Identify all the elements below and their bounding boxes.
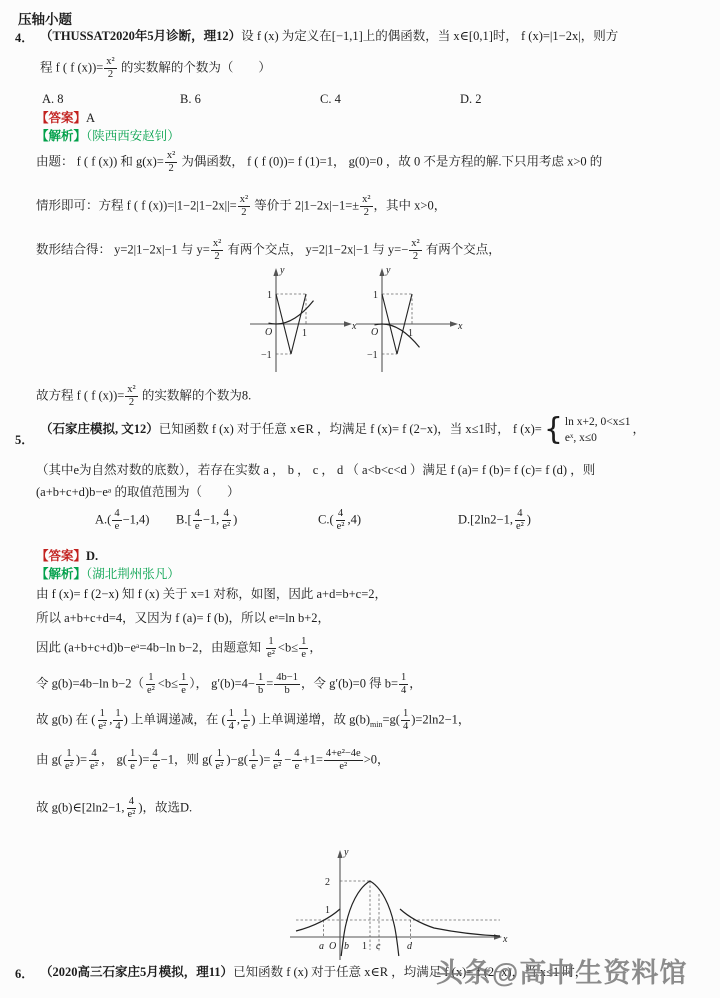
analysis-label: 【解析】 [36, 129, 86, 143]
problem4-solution-line4: 故方程 f ( f (x))=x²2 的实数解的个数为8. [36, 384, 251, 409]
problem5-solution-line6: 由 g(1e²)=4e²， g(1e)=4e−1，则 g(1e²)−g(1e)=… [36, 748, 390, 773]
graph1-origin-label: O [265, 327, 272, 338]
problem4-analysis-credit: （陕西西安赵钊） [86, 129, 180, 143]
problem4-stem-text1: 设 f (x) 为定义在[−1,1]上的偶函数，当 x∈[0,1]时， f (x… [241, 29, 618, 43]
problem5-stem-line3: (a+b+c+d)b−eᵃ 的取值范围为（ ） [36, 484, 239, 500]
problem5-solution-line1: 由 f (x)= f (2−x) 知 f (x) 关于 x=1 对称，如图，因此… [36, 586, 387, 602]
problem4-solution-line1: 由题： f ( f (x)) 和 g(x)=x²2 为偶函数， f ( f (0… [36, 150, 602, 175]
graph1-y-axis-label: y [279, 265, 285, 276]
problem5-source-tag: （石家庄模拟, 文12） [40, 422, 159, 436]
analysis-label: 【解析】 [36, 567, 86, 581]
problem6-number: 6． [15, 964, 34, 982]
page-title: 压轴小题 [18, 8, 72, 28]
problem5-analysis-line: 【解析】（湖北荆州张凡） [36, 566, 180, 582]
problem4-answer: A [86, 111, 95, 125]
problem5-graph: y x 2 1 a O b 1 c d [282, 844, 512, 962]
problem4-choice-c: C. 4 [320, 91, 341, 107]
problem4-graph-2: y x O 1 1 −1 [352, 262, 467, 377]
bell-origin-label: O [329, 941, 336, 952]
problem5-choice-b: B.[4e−1,4e²) [176, 508, 237, 533]
problem4-stem-line1: （THUSSAT2020年5月诊断，理12）设 f (x) 为定义在[−1,1]… [40, 28, 618, 44]
graph2-x-axis-label: x [457, 321, 463, 332]
problem4-choice-a: A. 8 [42, 91, 64, 107]
problem5-solution-line3: 因此 (a+b+c+d)b−eᵃ=4b−ln b−2，由题意知 1e²<b≤1e… [36, 636, 322, 661]
problem4-solution-line2: 情形即可：方程 f ( f (x))=|1−2|1−2x||=x²2 等价于 2… [36, 194, 446, 219]
graph2-origin-label: O [371, 327, 378, 338]
answer-label: 【答案】 [36, 111, 86, 125]
problem5-choice-c: C.(4e²,4) [318, 508, 361, 533]
problem5-stem-text1: 已知函数 f (x) 对于任意 x∈R ，均满足 f (x)= f (2−x)，… [159, 422, 645, 436]
problem5-solution-line5: 故 g(b) 在 (1e²,14) 上单调递减，在 (14,1e) 上单调递增，… [36, 708, 470, 733]
graph2-y-tick-top: 1 [373, 290, 378, 301]
problem4-solution-line3: 数形结合得： y=2|1−2x|−1 与 y=x²2 有两个交点， y=2|1−… [36, 238, 501, 263]
problem4-answer-line: 【答案】A [36, 110, 95, 126]
bell-y-tick-1: 1 [325, 905, 330, 916]
problem4-choice-b: B. 6 [180, 91, 201, 107]
graph2-y-axis-label: y [385, 265, 391, 276]
problem4-number: 4． [15, 28, 34, 46]
bell-x-tick-1: 1 [362, 941, 367, 952]
bell-d-label: d [407, 941, 413, 952]
problem5-analysis-credit: （湖北荆州张凡） [86, 567, 180, 581]
graph1-y-tick-bottom: −1 [261, 350, 272, 361]
bell-y-tick-2: 2 [325, 877, 330, 888]
watermark: 头条@高中生资料馆 [436, 951, 687, 990]
bell-x-axis-label: x [502, 934, 508, 945]
graph2-y-tick-bottom: −1 [367, 350, 378, 361]
bell-a-label: a [319, 941, 324, 952]
graph2-x-tick: 1 [408, 328, 413, 339]
problem4-source-tag: （THUSSAT2020年5月诊断，理12） [40, 29, 241, 43]
problem5-number: 5． [15, 430, 34, 448]
problem6-source-tag: （2020高三石家庄5月模拟，理11） [40, 965, 233, 979]
problem4-choice-d: D. 2 [460, 91, 482, 107]
document-page: 压轴小题 4． （THUSSAT2020年5月诊断，理12）设 f (x) 为定… [0, 0, 720, 998]
problem5-stem-line2: （其中e为自然对数的底数），若存在实数 a ， b ， c ， d （ a<b<… [36, 462, 595, 478]
answer-label: 【答案】 [36, 549, 86, 563]
problem4-stem-line2: 程 f ( f (x))=x²2 的实数解的个数为（ ） [40, 56, 271, 81]
problem5-choice-a: A.(4e−1,4) [95, 508, 149, 533]
problem5-solution-line7: 故 g(b)∈[2ln2−1,4e²)，故选D. [36, 796, 192, 821]
bell-c-label: c [376, 941, 381, 952]
problem4-graph-1: y x O 1 1 −1 [246, 262, 361, 377]
problem5-stem-line1: （石家庄模拟, 文12）已知函数 f (x) 对于任意 x∈R ，均满足 f (… [40, 414, 645, 446]
problem5-solution-line2: 所以 a+b+c+d=4，又因为 f (a)= f (b)，所以 eᵃ=ln b… [36, 610, 330, 626]
bell-y-axis-label: y [343, 847, 349, 858]
graph1-x-tick: 1 [302, 328, 307, 339]
problem5-answer-line: 【答案】D. [36, 548, 98, 564]
problem4-analysis-line: 【解析】（陕西西安赵钊） [36, 128, 180, 144]
graph1-y-tick-top: 1 [267, 290, 272, 301]
problem5-solution-line4: 令 g(b)=4b−ln b−2（1e²<b≤1e）， g′(b)=4−1b=4… [36, 672, 422, 697]
bell-b-label: b [344, 941, 349, 952]
problem5-answer: D. [86, 549, 98, 563]
problem5-choice-d: D.[2ln2−1,4e²) [458, 508, 531, 533]
